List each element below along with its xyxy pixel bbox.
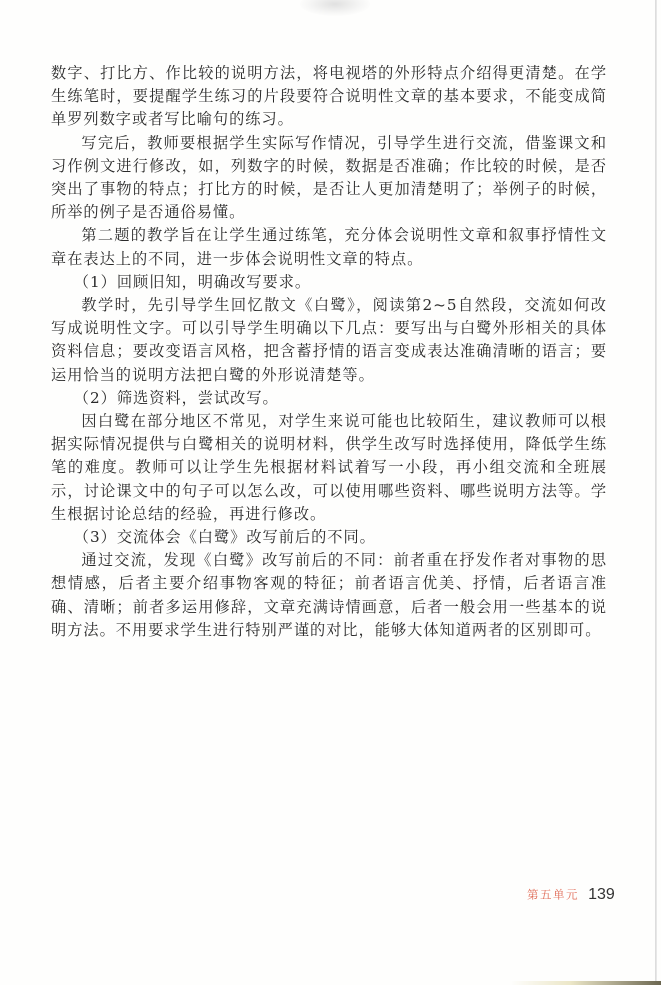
paragraph-continuation: 数字、打比方、作比较的说明方法，将电视塔的外形特点介绍得更清楚。在学生练笔时，要…	[51, 62, 607, 132]
unit-label: 第五单元	[527, 888, 579, 902]
paragraph-revision-guidance: 写完后，教师要根据学生实际写作情况，引导学生进行交流，借鉴课文和习作例文进行修改…	[51, 132, 607, 225]
scan-smudge	[300, 0, 370, 16]
subheading-step-1: （1）回顾旧知，明确改写要求。	[51, 271, 607, 294]
page-number: 139	[588, 886, 615, 903]
subheading-step-3: （3）交流体会《白鹭》改写前后的不同。	[51, 526, 607, 549]
page-edge-shadow	[655, 0, 657, 985]
page-footer: 第五单元 139	[527, 884, 615, 906]
paragraph-step-1: 教学时，先引导学生回忆散文《白鹭》，阅读第2~5自然段，交流如何改写成说明性文字…	[51, 294, 607, 387]
page-bottom-edge	[510, 981, 661, 985]
paragraph-step-2: 因白鹭在部分地区不常见，对学生来说可能也比较陌生，建议教师可以根据实际情况提供与…	[51, 410, 607, 526]
subheading-step-2: （2）筛选资料，尝试改写。	[51, 387, 607, 410]
paragraph-second-task-intro: 第二题的教学旨在让学生通过练笔，充分体会说明性文章和叙事抒情性文章在表达上的不同…	[51, 224, 607, 270]
body-text: 数字、打比方、作比较的说明方法，将电视塔的外形特点介绍得更清楚。在学生练笔时，要…	[51, 62, 607, 642]
paragraph-step-3: 通过交流，发现《白鹭》改写前后的不同：前者重在抒发作者对事物的思想情感，后者主要…	[51, 549, 607, 642]
textbook-page: 数字、打比方、作比较的说明方法，将电视塔的外形特点介绍得更清楚。在学生练笔时，要…	[0, 0, 661, 985]
